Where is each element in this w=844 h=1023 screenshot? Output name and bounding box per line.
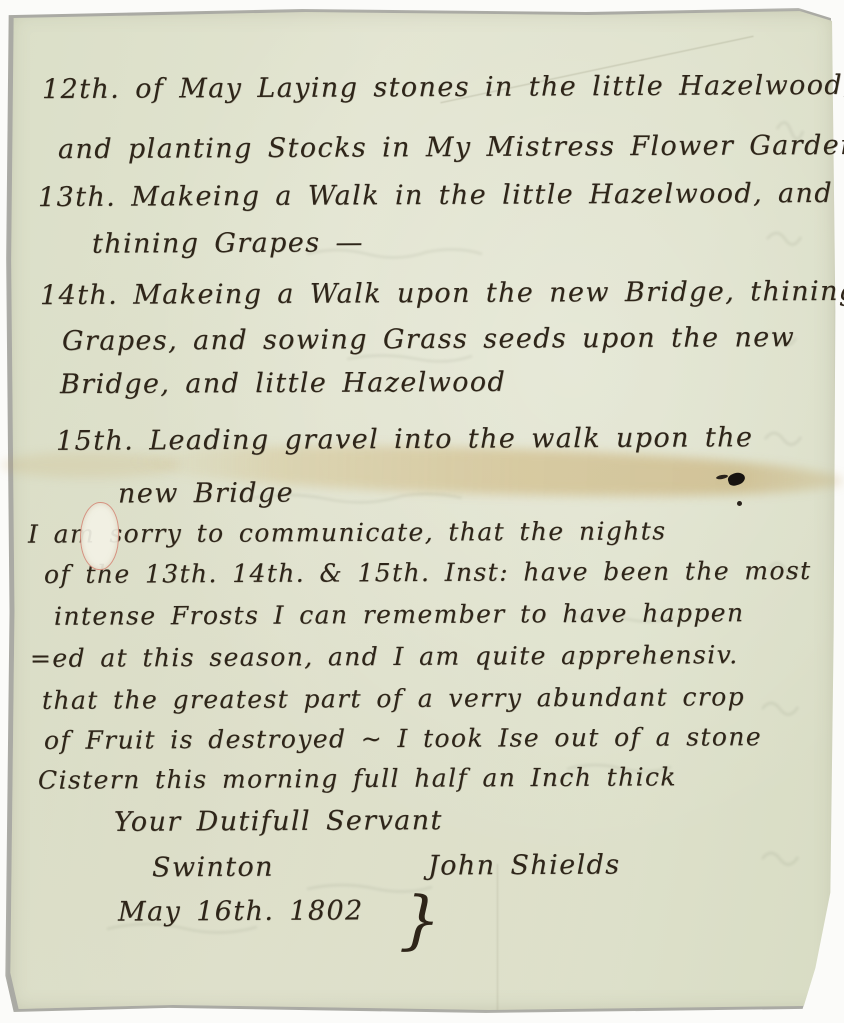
letter-line: new Bridge	[118, 478, 294, 510]
letter-line: that the greatest part of a verry abunda…	[42, 682, 745, 715]
signature: John Shields	[428, 849, 621, 881]
letter-line: 15th. Leading gravel into the walk upon …	[56, 422, 753, 457]
paper-crease	[497, 864, 498, 1019]
scanned-letter-page: 12th. of May Laying stones in the little…	[0, 0, 844, 1023]
letter-line: thining Grapes —	[92, 227, 364, 259]
letter-line: I am sorry to communicate, that the nigh…	[28, 516, 667, 548]
closing-place: Swinton	[152, 852, 274, 884]
letter-line: of Fruit is destroyed ~ I took Ise out o…	[44, 722, 762, 755]
letter-line: 14th. Makeing a Walk upon the new Bridge…	[40, 276, 844, 311]
letter-line: Cistern this morning full half an Inch t…	[38, 762, 677, 794]
letter-line: 12th. of May Laying stones in the little…	[42, 70, 844, 105]
closing-brace: }	[399, 883, 442, 958]
closing-salutation: Your Dutifull Servant	[114, 805, 443, 838]
letter-line: Bridge, and little Hazelwood	[60, 367, 506, 400]
closing-date: May 16th. 1802	[118, 895, 364, 927]
ink-speck	[737, 501, 742, 506]
letter-line: =ed at this season, and I am quite appre…	[30, 640, 739, 673]
letter-line: intense Frosts I can remember to have ha…	[54, 598, 745, 631]
letter-line: 13th. Makeing a Walk in the little Hazel…	[38, 178, 833, 213]
letter-line: and planting Stocks in My Mistress Flowe…	[58, 130, 844, 165]
letter-line: Grapes, and sowing Grass seeds upon the …	[62, 322, 795, 357]
letter-line: of the 13th. 14th. & 15th. Inst: have be…	[44, 556, 812, 589]
